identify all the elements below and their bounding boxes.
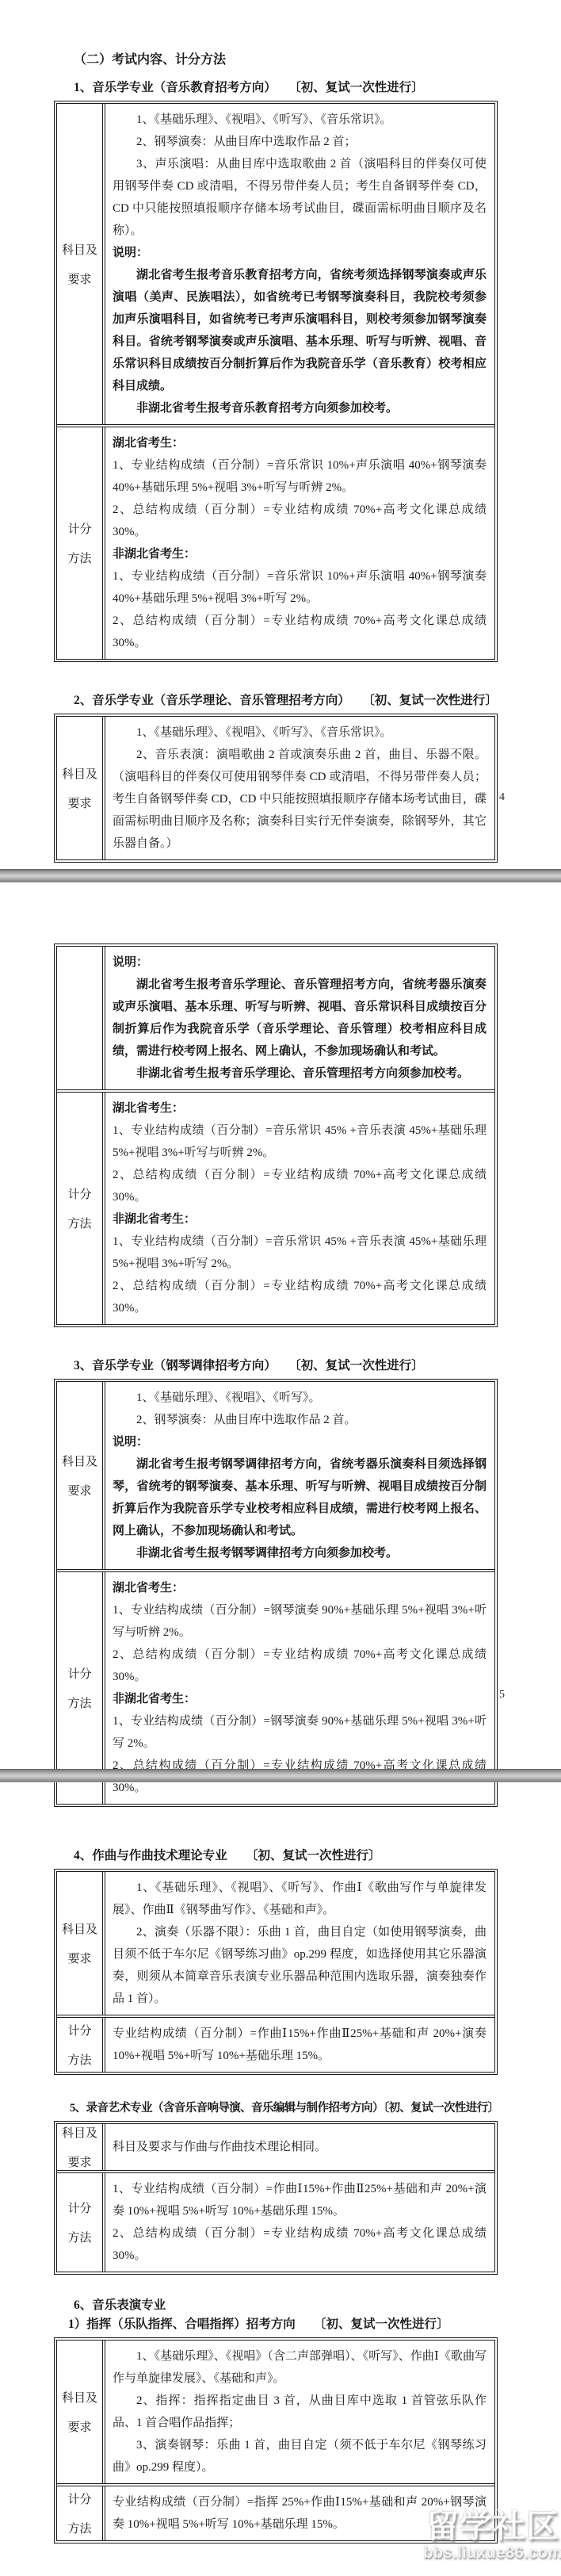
candidate-group-label: 非湖北省考生： — [113, 543, 487, 565]
row-label-line: 方法 — [67, 2229, 91, 2245]
section-3-title: 3、音乐学专业（钢琴调律招考方向） 〔初、复试一次性进行〕 — [74, 1356, 498, 1373]
scoring-cell: 湖北省考生： 1、专业结构成绩（百分制）=音乐常识 10%+声乐演唱 40%+钢… — [105, 427, 494, 659]
note-paragraph: 湖北省考生报考音乐学理论、音乐管理招考方向，省统考器乐演奏或声乐演唱、基本乐理、… — [113, 974, 487, 1062]
section-5-title: 5、录音艺术专业（含音乐音响导演、音乐编辑与制作招考方向）〔初、复试一次性进行〕 — [70, 2099, 498, 2115]
exam-table-piano-tuning: 科目及 要求 1、《基础乐理》、《视唱》、《听写》。 2、钢琴演奏：从曲目库中选… — [54, 1379, 498, 1807]
row-label-line: 方法 — [67, 2051, 91, 2068]
document-page-5: 说明： 湖北省考生报考音乐学理论、音乐管理招考方向，省统考器乐演奏或声乐演唱、基… — [0, 882, 561, 1769]
note-paragraph: 湖北省考生报考音乐教育招考方向，省统考须选择钢琴演奏或声乐演唱（美声、民族唱法）… — [113, 264, 487, 397]
main-heading: （二）考试内容、计分方法 — [74, 49, 498, 67]
document-page-6: 4、作曲与作曲技术理论专业 〔初、复试一次性进行〕 科目及 要求 1、《基础乐理… — [0, 1782, 561, 2576]
score-formula: 1、专业结构成绩（百分制）=音乐常识 45% +音乐表演 45%+基础乐理 5%… — [113, 1120, 487, 1164]
scoring-cell: 专业结构成绩（百分制）=作曲Ⅰ15%+作曲Ⅱ25%+基础和声 20%+演奏 10… — [105, 2018, 494, 2072]
exam-table-music-theory-continued: 说明： 湖北省考生报考音乐学理论、音乐管理招考方向，省统考器乐演奏或声乐演唱、基… — [54, 944, 498, 1327]
row-label-scoring: 计分 方法 — [57, 2018, 105, 2072]
scoring-cell: 湖北省考生： 1、专业结构成绩（百分制）=音乐常识 45% +音乐表演 45%+… — [105, 1093, 494, 1324]
row-label-line: 科目及 — [62, 765, 97, 782]
table-row-scoring: 计分 方法 湖北省考生： 1、专业结构成绩（百分制）=音乐常识 45% +音乐表… — [57, 1089, 494, 1324]
note-paragraph: 湖北省考生报考钢琴调律招考方向，省统考器乐演奏科目须选择钢琴，省统考的钢琴演奏、… — [113, 1453, 487, 1542]
row-label-line: 计分 — [67, 2022, 91, 2038]
score-formula: 2、总结构成绩（百分制）=专业结构成绩 70%+高考文化课总成绩 30%。 — [113, 1644, 487, 1688]
table-row-scoring: 计分 方法 湖北省考生： 1、专业结构成绩（百分制）=音乐常识 10%+声乐演唱… — [57, 424, 494, 659]
table-row-subjects: 科目及 要求 1、《基础乐理》、《视唱》、《听写》、作曲Ⅰ《歌曲写作与单旋律发展… — [57, 1872, 494, 2015]
row-label-subjects: 科目及 要求 — [57, 1382, 105, 1569]
subjects-cell: 1、《基础乐理》、《视唱》（含二声部弹唱）、《听写》、作曲Ⅰ《歌曲写作与单旋律发… — [105, 2341, 494, 2483]
exam-table-music-theory: 科目及 要求 1、《基础乐理》、《视唱》、《听写》、《音乐常识》。 2、音乐表演… — [54, 714, 498, 863]
score-formula: 2、总结构成绩（百分制）=专业结构成绩 70%+高考文化课总成绩 30%。 — [113, 1275, 487, 1319]
table-row-scoring: 计分 方法 专业结构成绩（百分制）=指挥 25%+作曲Ⅰ15%+基础和声 20%… — [57, 2483, 494, 2540]
scoring-cell: 1、专业结构成绩（百分制）=作曲Ⅰ15%+作曲Ⅱ25%+基础和声 20%+演奏 … — [105, 2173, 494, 2272]
note-label: 说明： — [113, 242, 487, 264]
row-label-line: 方法 — [67, 549, 91, 566]
note-label: 说明： — [113, 951, 487, 974]
exam-table-composition: 科目及 要求 1、《基础乐理》、《视唱》、《听写》、作曲Ⅰ《歌曲写作与单旋律发展… — [54, 1869, 498, 2075]
section-2-title: 2、音乐学专业（音乐学理论、音乐管理招考方向） 〔初、复试一次性进行〕 — [74, 691, 498, 708]
scoring-cell: 专业结构成绩（百分制）=指挥 25%+作曲Ⅰ15%+基础和声 20%+钢琴演奏 … — [105, 2486, 494, 2540]
score-formula: 1、专业结构成绩（百分制）=音乐常识 10%+声乐演唱 40%+钢琴演奏 40%… — [113, 454, 487, 499]
row-label-subjects: 科目及 要求 — [57, 104, 105, 424]
section-6-title: 6、音乐表演专业 — [74, 2295, 498, 2313]
row-label-subjects: 科目及 要求 — [57, 2124, 105, 2170]
table-row-scoring: 计分 方法 1、专业结构成绩（百分制）=作曲Ⅰ15%+作曲Ⅱ25%+基础和声 2… — [57, 2170, 494, 2272]
note-label: 说明： — [113, 1431, 487, 1453]
row-label-line: 要求 — [67, 270, 91, 287]
requirement-item: 1、《基础乐理》、《视唱》、《听写》、作曲Ⅰ《歌曲写作与单旋律发展》、作曲Ⅱ《钢… — [113, 1877, 487, 1921]
score-formula: 1、专业结构成绩（百分制）=钢琴演奏 90%+基础乐理 5%+视唱 3%+听写 … — [113, 1710, 487, 1755]
row-label-line: 要求 — [67, 1950, 91, 1966]
note-paragraph: 非湖北省考生报考音乐教育招考方向须参加校考。 — [113, 397, 487, 419]
note-paragraph: 非湖北省考生报考音乐学理论、音乐管理招考方向须参加校考。 — [113, 1062, 487, 1085]
requirement-item: 1、《基础乐理》、《视唱》（含二声部弹唱）、《听写》、作曲Ⅰ《歌曲写作与单旋律发… — [113, 2345, 487, 2390]
row-label-line: 要求 — [67, 1482, 91, 1499]
score-formula: 1、专业结构成绩（百分制）=作曲Ⅰ15%+作曲Ⅱ25%+基础和声 20%+演奏 … — [113, 2178, 487, 2222]
requirement-item: 1、《基础乐理》、《视唱》、《听写》。 — [113, 1387, 487, 1409]
row-label-line: 计分 — [67, 1185, 91, 1202]
subjects-cell: 1、《基础乐理》、《视唱》、《听写》、《音乐常识》。 2、钢琴演奏：从曲目库中选… — [105, 104, 494, 424]
requirement-item: 1、《基础乐理》、《视唱》、《听写》、《音乐常识》。 — [113, 722, 487, 744]
subjects-cell: 1、《基础乐理》、《视唱》、《听写》、作曲Ⅰ《歌曲写作与单旋律发展》、作曲Ⅱ《钢… — [105, 1872, 494, 2015]
row-label-line: 方法 — [67, 1694, 91, 1711]
row-label-line: 计分 — [67, 2490, 91, 2507]
table-row-scoring: 计分 方法 专业结构成绩（百分制）=作曲Ⅰ15%+作曲Ⅱ25%+基础和声 20%… — [57, 2015, 494, 2072]
requirement-item: 1、《基础乐理》、《视唱》、《听写》、《音乐常识》。 — [113, 109, 487, 131]
row-label-line: 计分 — [67, 2199, 91, 2216]
row-label-line: 科目及 — [62, 1453, 97, 1469]
score-formula: 2、总结构成绩（百分制）=专业结构成绩 70%+高考文化课总成绩 30%。 — [113, 499, 487, 543]
requirement-item: 2、演奏（乐器不限）：乐曲 1 首，曲目自定（如使用钢琴演奏，曲目须不低于车尔尼… — [113, 1921, 487, 2010]
row-label-line: 方法 — [67, 2520, 91, 2536]
candidate-group-label: 湖北省考生： — [113, 1577, 487, 1599]
section-4-title: 4、作曲与作曲技术理论专业 〔初、复试一次性进行〕 — [74, 1846, 498, 1863]
table-row-subjects: 科目及 要求 1、《基础乐理》、《视唱》、《听写》、《音乐常识》。 2、音乐表演… — [57, 717, 494, 859]
score-formula: 2、总结构成绩（百分制）=专业结构成绩 70%+高考文化课总成绩 30%。 — [113, 2222, 487, 2267]
row-label-scoring: 计分 方法 — [57, 2486, 105, 2540]
page-number: 5 — [499, 1689, 505, 1701]
score-formula: 专业结构成绩（百分制）=指挥 25%+作曲Ⅰ15%+基础和声 20%+钢琴演奏 … — [113, 2491, 487, 2536]
subjects-cell: 科目及要求与作曲与作曲技术理论相同。 — [105, 2124, 494, 2170]
row-label-line: 科目及 — [62, 2124, 97, 2141]
exam-table-recording-arts: 科目及 要求 科目及要求与作曲与作曲技术理论相同。 计分 方法 1、专业结构成绩… — [54, 2121, 498, 2275]
page-number: 4 — [499, 791, 505, 804]
row-label-empty — [57, 947, 105, 1089]
subjects-cell: 1、《基础乐理》、《视唱》、《听写》、《音乐常识》。 2、音乐表演：演唱歌曲 2… — [105, 717, 494, 859]
row-label-subjects: 科目及 要求 — [57, 717, 105, 859]
requirement-item: 2、指挥：指挥指定曲目 3 首，从曲目库中选取 1 首管弦乐队作品、1 首合唱作… — [113, 2390, 487, 2434]
row-label-line: 科目及 — [62, 241, 97, 258]
requirement-item: 3、声乐演唱：从曲目库中选取歌曲 2 首（演唱科目的伴奏仅可使用钢琴伴奏 CD … — [113, 153, 487, 242]
requirement-item: 科目及要求与作曲与作曲技术理论相同。 — [113, 2136, 326, 2158]
requirement-item: 2、钢琴演奏：从曲目库中选取作品 2 首。 — [113, 1409, 487, 1431]
row-label-scoring: 计分 方法 — [57, 427, 105, 659]
table-row-subjects: 科目及 要求 1、《基础乐理》、《视唱》、《听写》。 2、钢琴演奏：从曲目库中选… — [57, 1382, 494, 1569]
requirement-item: 2、音乐表演：演唱歌曲 2 首或演奏乐曲 2 首，曲目、乐器不限。（演唱科目的伴… — [113, 744, 487, 855]
candidate-group-label: 湖北省考生： — [113, 432, 487, 454]
row-label-line: 科目及 — [62, 1920, 97, 1937]
section-1-title: 1、音乐学专业（音乐教育招考方向） 〔初、复试一次性进行〕 — [74, 78, 498, 95]
candidate-group-label: 非湖北省考生： — [113, 1208, 487, 1231]
score-formula: 2、总结构成绩（百分制）=专业结构成绩 70%+高考文化课总成绩 30%。 — [113, 610, 487, 654]
row-label-scoring: 计分 方法 — [57, 2173, 105, 2272]
table-row-subjects: 科目及 要求 1、《基础乐理》、《视唱》（含二声部弹唱）、《听写》、作曲Ⅰ《歌曲… — [57, 2341, 494, 2483]
exam-table-conducting: 科目及 要求 1、《基础乐理》、《视唱》（含二声部弹唱）、《听写》、作曲Ⅰ《歌曲… — [54, 2337, 498, 2543]
row-label-scoring: 计分 方法 — [57, 1093, 105, 1324]
row-label-line: 科目及 — [62, 2389, 97, 2406]
score-formula: 1、专业结构成绩（百分制）=音乐常识 45% +音乐表演 45%+基础乐理 5%… — [113, 1231, 487, 1275]
note-paragraph: 非湖北省考生报考钢琴调律招考方向须参加校考。 — [113, 1542, 487, 1564]
row-label-line: 方法 — [67, 1215, 91, 1231]
candidate-group-label: 非湖北省考生： — [113, 1688, 487, 1710]
page-separator — [0, 869, 561, 882]
table-row-subjects: 科目及 要求 1、《基础乐理》、《视唱》、《听写》、《音乐常识》。 2、钢琴演奏… — [57, 104, 494, 424]
score-formula: 专业结构成绩（百分制）=作曲Ⅰ15%+作曲Ⅱ25%+基础和声 20%+演奏 10… — [113, 2023, 487, 2067]
row-label-line: 计分 — [67, 1665, 91, 1682]
note-cell: 说明： 湖北省考生报考音乐学理论、音乐管理招考方向，省统考器乐演奏或声乐演唱、基… — [105, 947, 494, 1089]
table-row-note: 说明： 湖北省考生报考音乐学理论、音乐管理招考方向，省统考器乐演奏或声乐演唱、基… — [57, 947, 494, 1089]
section-6-sub-title: 1）指挥（乐队指挥、合唱指挥）招考方向 〔初、复试一次性进行〕 — [68, 2314, 498, 2332]
scanned-document: （二）考试内容、计分方法 1、音乐学专业（音乐教育招考方向） 〔初、复试一次性进… — [0, 0, 561, 2576]
row-label-line: 要求 — [67, 2418, 91, 2435]
subjects-cell: 1、《基础乐理》、《视唱》、《听写》。 2、钢琴演奏：从曲目库中选取作品 2 首… — [105, 1382, 494, 1569]
score-formula: 1、专业结构成绩（百分制）=钢琴演奏 90%+基础乐理 5%+视唱 3%+听写与… — [113, 1599, 487, 1644]
row-label-line: 要求 — [67, 2153, 91, 2170]
requirement-item: 2、钢琴演奏：从曲目库中选取作品 2 首； — [113, 131, 487, 153]
row-label-line: 计分 — [67, 520, 91, 537]
score-formula: 2、总结构成绩（百分制）=专业结构成绩 70%+高考文化课总成绩 30%。 — [113, 1164, 487, 1208]
row-label-subjects: 科目及 要求 — [57, 2341, 105, 2483]
exam-table-music-education: 科目及 要求 1、《基础乐理》、《视唱》、《听写》、《音乐常识》。 2、钢琴演奏… — [54, 101, 498, 662]
candidate-group-label: 湖北省考生： — [113, 1097, 487, 1120]
row-label-line: 要求 — [67, 794, 91, 811]
table-row-subjects: 科目及 要求 科目及要求与作曲与作曲技术理论相同。 — [57, 2124, 494, 2170]
document-page-4: （二）考试内容、计分方法 1、音乐学专业（音乐教育招考方向） 〔初、复试一次性进… — [0, 0, 561, 869]
page-separator — [0, 1769, 561, 1782]
row-label-subjects: 科目及 要求 — [57, 1872, 105, 2015]
requirement-item: 3、演奏钢琴：乐曲 1 首，曲目自定（须不低于车尔尼《钢琴练习曲》op.299 … — [113, 2434, 487, 2478]
score-formula: 1、专业结构成绩（百分制）=音乐常识 10%+声乐演唱 40%+钢琴演奏 40%… — [113, 565, 487, 610]
